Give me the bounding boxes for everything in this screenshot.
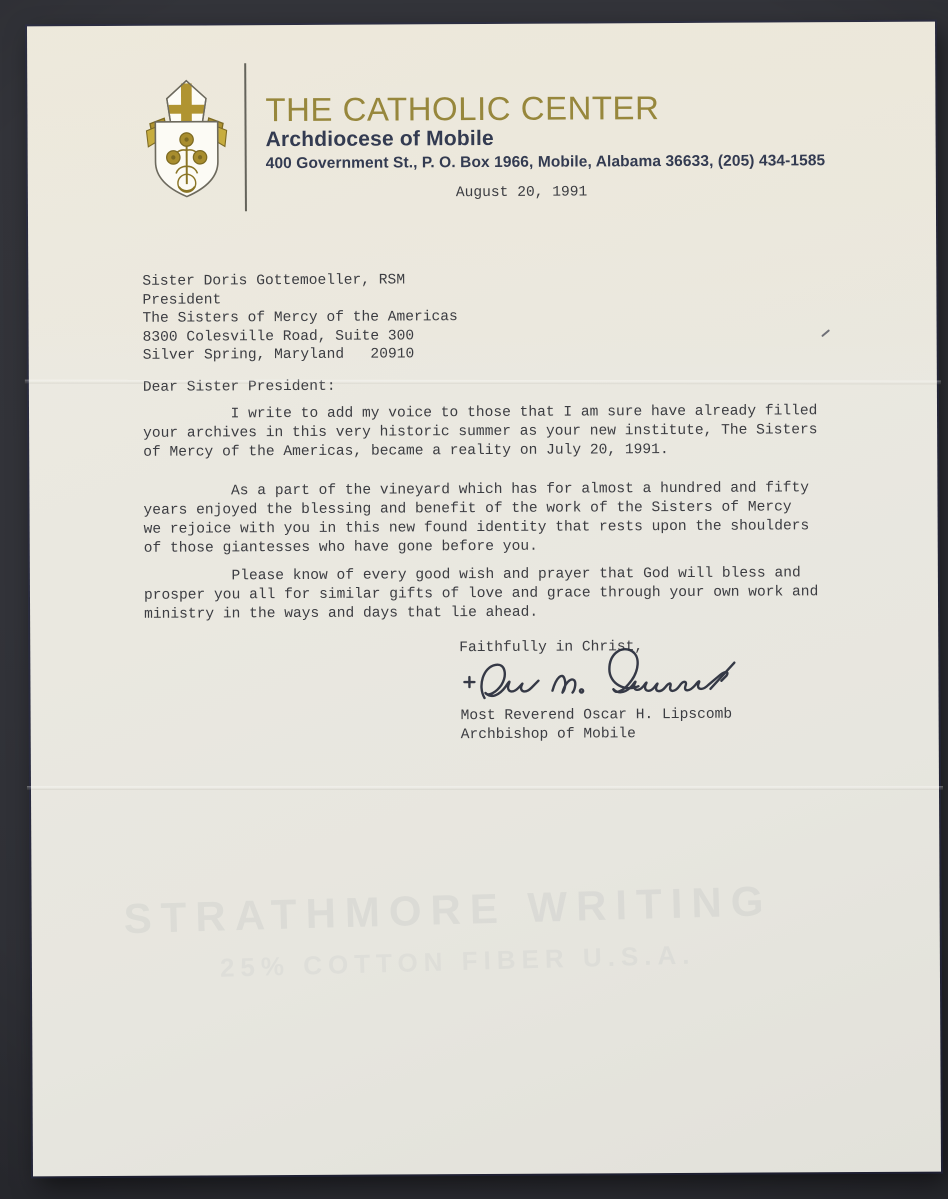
paper-watermark-line2: 25% COTTON FIBER U.S.A. xyxy=(220,940,696,984)
body-paragraph-2: As a part of the vineyard which has for … xyxy=(143,479,873,559)
body-paragraph-3: Please know of every good wish and praye… xyxy=(144,564,874,625)
recipient-address-block: Sister Doris Gottemoeller, RSM President… xyxy=(142,269,872,366)
salutation: Dear Sister President: xyxy=(143,375,873,398)
letterhead-text: THE CATHOLIC CENTER Archdiocese of Mobil… xyxy=(265,90,885,175)
paper-watermark-line1: STRATHMORE WRITING xyxy=(123,877,773,943)
letter-paper: THE CATHOLIC CENTER Archdiocese of Mobil… xyxy=(27,22,941,1177)
letterhead-divider xyxy=(244,63,247,211)
org-subtitle: Archdiocese of Mobile xyxy=(266,124,886,153)
org-name: THE CATHOLIC CENTER xyxy=(265,90,885,127)
org-address: 400 Government St., P. O. Box 1966, Mobi… xyxy=(266,150,886,175)
letter-date: August 20, 1991 xyxy=(456,183,696,203)
signature-autograph xyxy=(458,645,764,711)
archdiocese-crest-icon xyxy=(137,69,236,210)
fold-crease-lower xyxy=(27,786,943,790)
photo-background: THE CATHOLIC CENTER Archdiocese of Mobil… xyxy=(0,0,948,1199)
signer-name-title-block: Most Reverend Oscar H. Lipscomb Archbish… xyxy=(461,703,948,745)
fold-crease-upper xyxy=(25,380,941,385)
body-paragraph-1: I write to add my voice to those that I … xyxy=(143,402,873,463)
